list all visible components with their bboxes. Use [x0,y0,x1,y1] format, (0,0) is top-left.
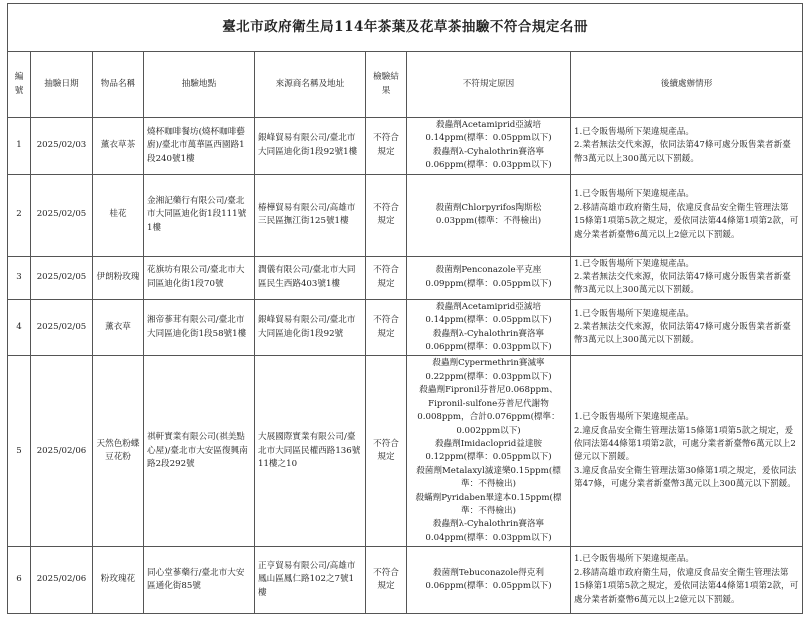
reason-line: 殺蟲劑λ-Cyhalothrin賽洛寧 [410,518,567,531]
row-reason: 殺蟲劑Cypermethrin賽滅寧0.22ppm(標準：0.03ppm以下)殺… [407,356,571,547]
row-action: 1.已令販售場所下架違規產品。2.業者無法交代來源，依同法第47條可處分販售業者… [571,299,803,356]
header-result: 檢驗結果 [366,52,407,118]
reason-line: 殺菌劑Metalaxyl滅達樂0.15ppm(標準：不得檢出) [410,465,567,492]
action-line: 2.移請高雄市政府衛生局，依違反食品安全衛生管理法第15條第1項第5款之規定，爰… [574,567,799,607]
row-date: 2025/02/06 [31,547,93,614]
row-item: 天然色粉蝶豆花粉 [93,356,144,547]
action-line: 2.業者無法交代來源，依同法第47條可處分販售業者新臺幣3萬元以上300萬元以下… [574,139,799,166]
table-body: 12025/02/03薰衣草茶燒杯咖啡餐坊(燒杯咖啡藝廚)/臺北市萬華區西園路1… [8,118,803,614]
row-item: 薰衣草茶 [93,118,144,175]
table-row: 22025/02/05桂花金湘記藥行有限公司/臺北市大同區迪化街1段111號1樓… [8,174,803,256]
table-row: 62025/02/06粉玫瑰花同心堂蔘藥行/臺北市大安區通化街85號正亨貿易有限… [8,547,803,614]
reason-line: 殺蟲劑Cypermethrin賽滅寧 [410,357,567,370]
action-line: 2.業者無法交代來源，依同法第47條可處分販售業者新臺幣3萬元以上300萬元以下… [574,321,799,348]
document-title: 臺北市政府衛生局114年茶葉及花草茶抽驗不符合規定名冊 [8,4,803,52]
row-result: 不符合規定 [366,174,407,256]
table-row: 12025/02/03薰衣草茶燒杯咖啡餐坊(燒杯咖啡藝廚)/臺北市萬華區西園路1… [8,118,803,175]
action-line: 2.移請高雄市政府衛生局，依違反食品安全衛生管理法第15條第1項第5款之規定，爰… [574,202,799,242]
reason-line: 0.14ppm(標準：0.05ppm以下) [410,314,567,327]
reason-line: 0.06ppm(標準：0.05ppm以下) [410,580,567,593]
row-location: 燒杯咖啡餐坊(燒杯咖啡藝廚)/臺北市萬華區西園路1段240號1樓 [144,118,255,175]
row-result: 不符合規定 [366,299,407,356]
reason-line: 殺蟲劑Imidacloprid益達胺 [410,438,567,451]
header-reason: 不符規定原因 [407,52,571,118]
row-source: 大展國際實業有限公司/臺北市大同區民權西路136號11樓之10 [255,356,366,547]
row-location: 湘帝蔘茸有限公司/臺北市大同區迪化街1段58號1樓 [144,299,255,356]
row-date: 2025/02/05 [31,299,93,356]
reason-line: 0.14ppm(標準：0.05ppm以下) [410,132,567,145]
header-date: 抽驗日期 [31,52,93,118]
reason-line: 殺菌劑Chlorpyrifos陶斯松 [410,202,567,215]
reason-line: 殺蟲劑Acetamiprid亞滅培 [410,119,567,132]
row-action: 1.已令販售場所下架違規產品。2.違反食品安全衛生管理法第15條第1項第5款之規… [571,356,803,547]
action-line: 1.已令販售場所下架違規產品。 [574,308,799,321]
row-item: 桂花 [93,174,144,256]
row-no: 5 [8,356,31,547]
reason-line: 0.03ppm(標準：不得檢出) [410,215,567,228]
row-item: 伊朗粉玫瑰 [93,256,144,299]
row-action: 1.已令販售場所下架違規產品。2.業者無法交代來源，依同法第47條可處分販售業者… [571,118,803,175]
reason-line: 殺蟲劑Fipronil芬普尼0.068ppm、Fipronil-sulfone芬… [410,384,567,438]
row-reason: 殺菌劑Penconazole平克座0.09ppm(標準：0.05ppm以下) [407,256,571,299]
row-source: 銀峰貿易有限公司/臺北市大同區迪化街1段92號1樓 [255,118,366,175]
action-line: 1.已令販售場所下架違規產品。 [574,188,799,201]
reason-line: 殺蟲劑λ-Cyhalothrin賽洛寧 [410,328,567,341]
table-row: 52025/02/06天然色粉蝶豆花粉祺軒實業有限公司(祺美點心屋)/臺北市大安… [8,356,803,547]
table-header-row: 編號 抽驗日期 物品名稱 抽驗地點 來源商名稱及地址 檢驗結果 不符規定原因 後… [8,52,803,118]
row-reason: 殺蟲劑Acetamiprid亞滅培0.14ppm(標準：0.05ppm以下)殺蟲… [407,299,571,356]
action-line: 3.違反食品安全衛生管理法第30條第1項之規定，爰依同法第47條，可處分業者新臺… [574,465,799,492]
reason-line: 殺菌劑Penconazole平克座 [410,264,567,277]
reason-line: 0.06ppm(標準：0.03ppm以下) [410,159,567,172]
reason-line: 0.04ppm(標準：0.03ppm以下) [410,532,567,545]
reason-line: 殺菌劑Tebuconazole得克利 [410,567,567,580]
action-line: 1.已令販售場所下架違規產品。 [574,258,799,271]
row-reason: 殺蟲劑Acetamiprid亞滅培0.14ppm(標準：0.05ppm以下)殺蟲… [407,118,571,175]
header-location: 抽驗地點 [144,52,255,118]
row-source: 正亨貿易有限公司/高雄市鳳山區鳳仁路102之7號1樓 [255,547,366,614]
row-reason: 殺菌劑Chlorpyrifos陶斯松0.03ppm(標準：不得檢出) [407,174,571,256]
row-result: 不符合規定 [366,547,407,614]
noncompliance-table: 臺北市政府衛生局114年茶葉及花草茶抽驗不符合規定名冊 編號 抽驗日期 物品名稱… [7,3,803,614]
action-line: 2.業者無法交代來源，依同法第47條可處分販售業者新臺幣3萬元以上300萬元以下… [574,271,799,298]
action-line: 1.已令販售場所下架違規產品。 [574,126,799,139]
reason-line: 0.06ppm(標準：0.03ppm以下) [410,341,567,354]
header-no: 編號 [8,52,31,118]
row-action: 1.已令販售場所下架違規產品。2.業者無法交代來源，依同法第47條可處分販售業者… [571,256,803,299]
row-no: 2 [8,174,31,256]
reason-line: 殺蟲劑λ-Cyhalothrin賽洛寧 [410,146,567,159]
row-source: 銀峰貿易有限公司/臺北市大同區迪化街1段92號 [255,299,366,356]
action-line: 1.已令販售場所下架違規產品。 [574,411,799,424]
header-action: 後續處辦情形 [571,52,803,118]
row-no: 1 [8,118,31,175]
row-location: 祺軒實業有限公司(祺美點心屋)/臺北市大安區復興南路2段292號 [144,356,255,547]
table-row: 32025/02/05伊朗粉玫瑰花旗坊有限公司/臺北市大同區迪化街1段70號潤儀… [8,256,803,299]
row-result: 不符合規定 [366,356,407,547]
row-reason: 殺菌劑Tebuconazole得克利0.06ppm(標準：0.05ppm以下) [407,547,571,614]
row-item: 薰衣草 [93,299,144,356]
reason-line: 殺蟎劑Pyridaben畢達本0.15ppm(標準：不得檢出) [410,492,567,519]
reason-line: 殺蟲劑Acetamiprid亞滅培 [410,301,567,314]
row-date: 2025/02/06 [31,356,93,547]
action-line: 2.違反食品安全衛生管理法第15條第1項第5款之規定，爰依同法第44條第1項第2… [574,425,799,465]
row-action: 1.已令販售場所下架違規產品。2.移請高雄市政府衛生局，依違反食品安全衛生管理法… [571,174,803,256]
row-no: 4 [8,299,31,356]
row-location: 同心堂蔘藥行/臺北市大安區通化街85號 [144,547,255,614]
row-date: 2025/02/03 [31,118,93,175]
reason-line: 0.12ppm(標準：0.05ppm以下) [410,451,567,464]
row-source: 椿樺貿易有限公司/高雄市三民區撫江街125號1樓 [255,174,366,256]
header-item: 物品名稱 [93,52,144,118]
row-result: 不符合規定 [366,118,407,175]
row-result: 不符合規定 [366,256,407,299]
row-date: 2025/02/05 [31,256,93,299]
row-date: 2025/02/05 [31,174,93,256]
reason-line: 0.09ppm(標準：0.05ppm以下) [410,278,567,291]
reason-line: 0.22ppm(標準：0.03ppm以下) [410,371,567,384]
row-location: 花旗坊有限公司/臺北市大同區迪化街1段70號 [144,256,255,299]
table-row: 42025/02/05薰衣草湘帝蔘茸有限公司/臺北市大同區迪化街1段58號1樓銀… [8,299,803,356]
action-line: 1.已令販售場所下架違規產品。 [574,553,799,566]
row-source: 潤儀有限公司/臺北市大同區民生西路403號1樓 [255,256,366,299]
row-location: 金湘記藥行有限公司/臺北市大同區迪化街1段111號1樓 [144,174,255,256]
row-item: 粉玫瑰花 [93,547,144,614]
header-source: 來源商名稱及地址 [255,52,366,118]
row-no: 3 [8,256,31,299]
row-action: 1.已令販售場所下架違規產品。2.移請高雄市政府衛生局，依違反食品安全衛生管理法… [571,547,803,614]
row-no: 6 [8,547,31,614]
